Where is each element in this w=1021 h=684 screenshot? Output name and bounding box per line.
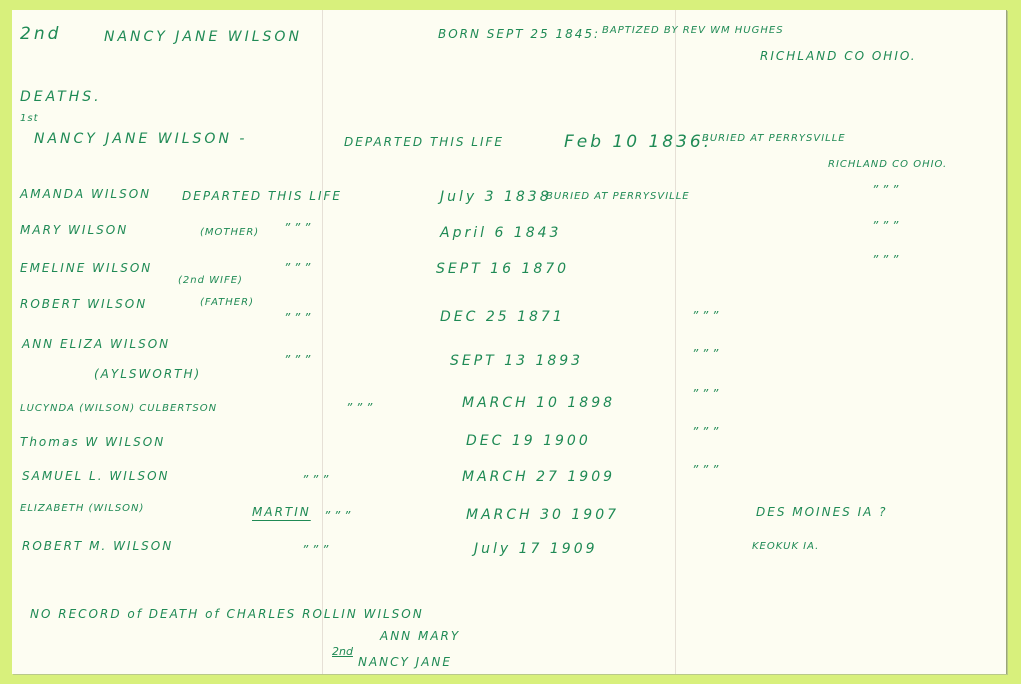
fold-line-left bbox=[322, 10, 323, 674]
footer-no-record: NO RECORD of DEATH of CHARLES ROLLIN WIL… bbox=[30, 608, 424, 620]
entry-place-ditto: ” ” ” bbox=[872, 220, 898, 232]
entry-burial: BURIED AT PERRYSVILLE bbox=[546, 192, 690, 202]
entry-name: LUCYNDA (WILSON) CULBERTSON bbox=[20, 404, 217, 414]
entry-place-ditto: ” ” ” bbox=[692, 348, 718, 360]
entry-ditto: ” ” ” bbox=[346, 402, 372, 414]
header-name: NANCY JANE WILSON bbox=[104, 30, 302, 44]
header-baptized: BAPTIZED BY REV WM HUGHES bbox=[602, 26, 784, 36]
entry-note: (FATHER) bbox=[200, 298, 254, 308]
entry-date: April 6 1843 bbox=[440, 226, 561, 240]
entry-ditto: ” ” ” bbox=[302, 474, 328, 486]
handwritten-page: 2nd NANCY JANE WILSON BORN SEPT 25 1845:… bbox=[12, 10, 1007, 674]
entry-place-ditto: ” ” ” bbox=[872, 254, 898, 266]
header-ordinal: 2nd bbox=[20, 26, 61, 43]
footer-nancy-jane: NANCY JANE bbox=[358, 656, 452, 668]
entry-name: ELIZABETH (WILSON) bbox=[20, 504, 144, 514]
entry-place-ditto: ” ” ” bbox=[872, 184, 898, 196]
entry-surname-underlined: MARTIN bbox=[252, 506, 311, 518]
entry-ditto: ” ” ” bbox=[302, 544, 328, 556]
entry-place-ditto: ” ” ” bbox=[692, 464, 718, 476]
entry-name: ROBERT WILSON bbox=[20, 298, 147, 310]
first-entry-departed: DEPARTED THIS LIFE bbox=[344, 136, 504, 148]
entry-place: KEOKUK IA. bbox=[752, 542, 819, 552]
header-born: BORN SEPT 25 1845: bbox=[438, 28, 600, 40]
entry-note: (MOTHER) bbox=[200, 228, 259, 238]
entry-ditto: ” ” ” bbox=[284, 354, 310, 366]
entry-place: DES MOINES IA ? bbox=[756, 506, 888, 518]
entry-date: SEPT 13 1893 bbox=[450, 354, 583, 368]
fold-line-right bbox=[675, 10, 676, 674]
entry-place-ditto: ” ” ” bbox=[692, 426, 718, 438]
header-place: RICHLAND CO OHIO. bbox=[760, 50, 917, 62]
entry-name: EMELINE WILSON bbox=[20, 262, 152, 274]
entry-name: ANN ELIZA WILSON bbox=[22, 338, 170, 350]
footer-ordinal: 2nd bbox=[332, 646, 353, 657]
first-entry-date: Feb 10 1836: bbox=[564, 134, 712, 151]
entry-date: July 3 1838 bbox=[440, 190, 552, 204]
entry-date: MARCH 10 1898 bbox=[462, 396, 615, 410]
entry-note: (AYLSWORTH) bbox=[94, 368, 201, 380]
entry-ditto: ” ” ” bbox=[284, 222, 310, 234]
entry-place-ditto: ” ” ” bbox=[692, 310, 718, 322]
first-entry-place: RICHLAND CO OHIO. bbox=[828, 160, 947, 170]
entry-name: Thomas W WILSON bbox=[20, 436, 165, 448]
entry-place-ditto: ” ” ” bbox=[692, 388, 718, 400]
entry-date: July 17 1909 bbox=[474, 542, 598, 556]
entry-departed: DEPARTED THIS LIFE bbox=[182, 190, 342, 202]
first-entry-ordinal: 1st bbox=[20, 114, 39, 124]
entry-ditto: ” ” ” bbox=[324, 510, 350, 522]
entry-name: AMANDA WILSON bbox=[20, 188, 151, 200]
entry-date: DEC 25 1871 bbox=[440, 310, 565, 324]
section-title-deaths: DEATHS. bbox=[20, 90, 102, 104]
entry-name: SAMUEL L. WILSON bbox=[22, 470, 170, 482]
entry-name: ROBERT M. WILSON bbox=[22, 540, 173, 552]
entry-date: DEC 19 1900 bbox=[466, 434, 591, 448]
first-entry-name: NANCY JANE WILSON - bbox=[34, 132, 247, 146]
entry-ditto: ” ” ” bbox=[284, 312, 310, 324]
entry-date: MARCH 27 1909 bbox=[462, 470, 615, 484]
entry-note: (2nd WIFE) bbox=[178, 276, 243, 286]
entry-ditto: ” ” ” bbox=[284, 262, 310, 274]
entry-date: MARCH 30 1907 bbox=[466, 508, 619, 522]
entry-name: MARY WILSON bbox=[20, 224, 128, 236]
footer-ann-mary: ANN MARY bbox=[380, 630, 460, 642]
first-entry-burial: BURIED AT PERRYSVILLE bbox=[702, 134, 846, 144]
entry-date: SEPT 16 1870 bbox=[436, 262, 569, 276]
